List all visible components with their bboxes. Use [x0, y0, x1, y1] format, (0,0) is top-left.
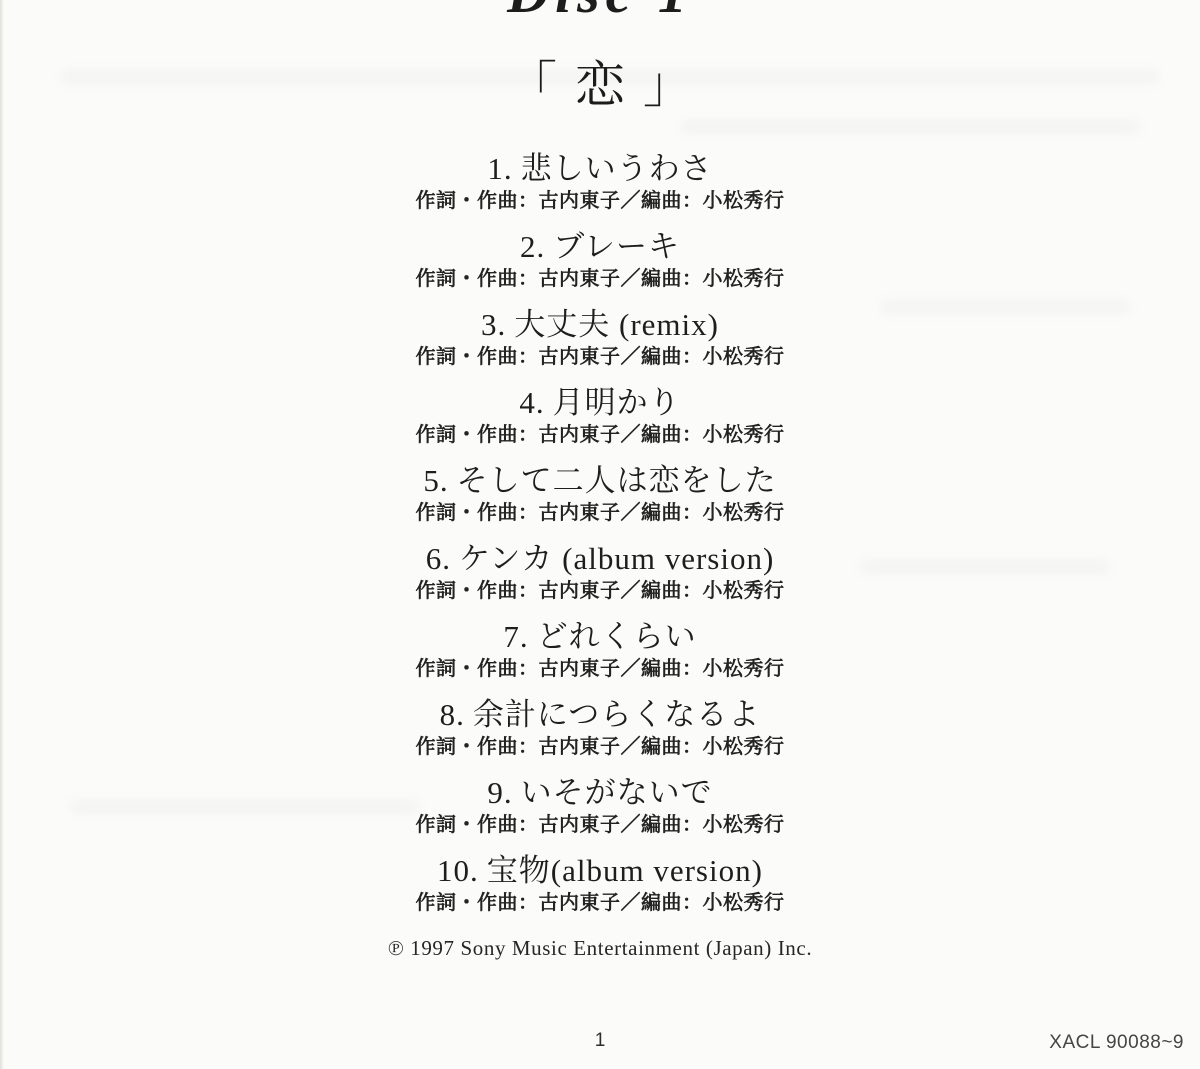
track-item: 3.大丈夫 (remix) 作詞・作曲：古内東子／編曲：小松秀行	[0, 306, 1200, 369]
track-title-text: どれくらい	[537, 619, 697, 654]
track-title-text: 余計につらくなるよ	[473, 697, 760, 732]
track-item: 5.そして二人は恋をした 作詞・作曲：古内東子／編曲：小松秀行	[0, 462, 1200, 525]
catalog-number: XACL 90088~9	[1049, 1032, 1184, 1054]
track-number: 1.	[487, 151, 512, 186]
track-list: 1.悲しいうわさ 作詞・作曲：古内東子／編曲：小松秀行 2.ブレーキ 作詞・作曲…	[0, 150, 1200, 930]
track-title: 5.そして二人は恋をした	[0, 462, 1200, 499]
album-title: 「恋」	[0, 52, 1200, 118]
track-number: 10.	[437, 853, 479, 888]
track-title-text: いそがないで	[521, 775, 713, 810]
scan-ghosting	[680, 120, 1140, 134]
track-credits: 作詞・作曲：古内東子／編曲：小松秀行	[0, 267, 1200, 291]
track-item: 7.どれくらい 作詞・作曲：古内東子／編曲：小松秀行	[0, 618, 1200, 681]
track-number: 5.	[423, 463, 448, 498]
track-number: 7.	[503, 619, 528, 654]
track-item: 4.月明かり 作詞・作曲：古内東子／編曲：小松秀行	[0, 384, 1200, 447]
track-credits: 作詞・作曲：古内東子／編曲：小松秀行	[0, 189, 1200, 213]
track-title-text: 悲しいうわさ	[521, 151, 713, 186]
track-number: 3.	[481, 307, 506, 342]
track-number: 4.	[519, 385, 544, 420]
track-number: 6.	[426, 541, 451, 576]
track-title: 9.いそがないで	[0, 774, 1200, 811]
copyright-line: ℗ 1997 Sony Music Entertainment (Japan) …	[0, 936, 1200, 961]
track-credits: 作詞・作曲：古内東子／編曲：小松秀行	[0, 891, 1200, 915]
track-title: 4.月明かり	[0, 384, 1200, 421]
track-credits: 作詞・作曲：古内東子／編曲：小松秀行	[0, 657, 1200, 681]
track-credits: 作詞・作曲：古内東子／編曲：小松秀行	[0, 423, 1200, 447]
track-title-text: 月明かり	[553, 385, 681, 420]
track-item: 8.余計につらくなるよ 作詞・作曲：古内東子／編曲：小松秀行	[0, 696, 1200, 759]
track-title-text: ケンカ (album version)	[459, 541, 774, 576]
track-title: 8.余計につらくなるよ	[0, 696, 1200, 733]
track-credits: 作詞・作曲：古内東子／編曲：小松秀行	[0, 813, 1200, 837]
track-number: 8.	[440, 697, 465, 732]
disc-header: Disc 1	[0, 0, 1200, 22]
track-item: 6.ケンカ (album version) 作詞・作曲：古内東子／編曲：小松秀行	[0, 540, 1200, 603]
track-item: 2.ブレーキ 作詞・作曲：古内東子／編曲：小松秀行	[0, 228, 1200, 291]
track-title-text: ブレーキ	[553, 229, 680, 264]
track-title: 6.ケンカ (album version)	[0, 540, 1200, 577]
track-item: 1.悲しいうわさ 作詞・作曲：古内東子／編曲：小松秀行	[0, 150, 1200, 213]
page-number: 1	[0, 1030, 1200, 1052]
track-credits: 作詞・作曲：古内東子／編曲：小松秀行	[0, 735, 1200, 759]
track-credits: 作詞・作曲：古内東子／編曲：小松秀行	[0, 501, 1200, 525]
track-item: 10.宝物(album version) 作詞・作曲：古内東子／編曲：小松秀行	[0, 852, 1200, 915]
track-number: 9.	[487, 775, 512, 810]
track-item: 9.いそがないで 作詞・作曲：古内東子／編曲：小松秀行	[0, 774, 1200, 837]
track-number: 2.	[520, 229, 545, 264]
track-title-text: 大丈夫 (remix)	[514, 307, 719, 342]
track-title: 10.宝物(album version)	[0, 852, 1200, 889]
track-title: 7.どれくらい	[0, 618, 1200, 655]
track-title: 1.悲しいうわさ	[0, 150, 1200, 187]
track-credits: 作詞・作曲：古内東子／編曲：小松秀行	[0, 579, 1200, 603]
track-title: 2.ブレーキ	[0, 228, 1200, 265]
track-credits: 作詞・作曲：古内東子／編曲：小松秀行	[0, 345, 1200, 369]
track-title: 3.大丈夫 (remix)	[0, 306, 1200, 343]
booklet-page: Disc 1 「恋」 1.悲しいうわさ 作詞・作曲：古内東子／編曲：小松秀行 2…	[0, 0, 1200, 1069]
track-title-text: 宝物(album version)	[487, 853, 763, 888]
track-title-text: そして二人は恋をした	[457, 463, 777, 498]
